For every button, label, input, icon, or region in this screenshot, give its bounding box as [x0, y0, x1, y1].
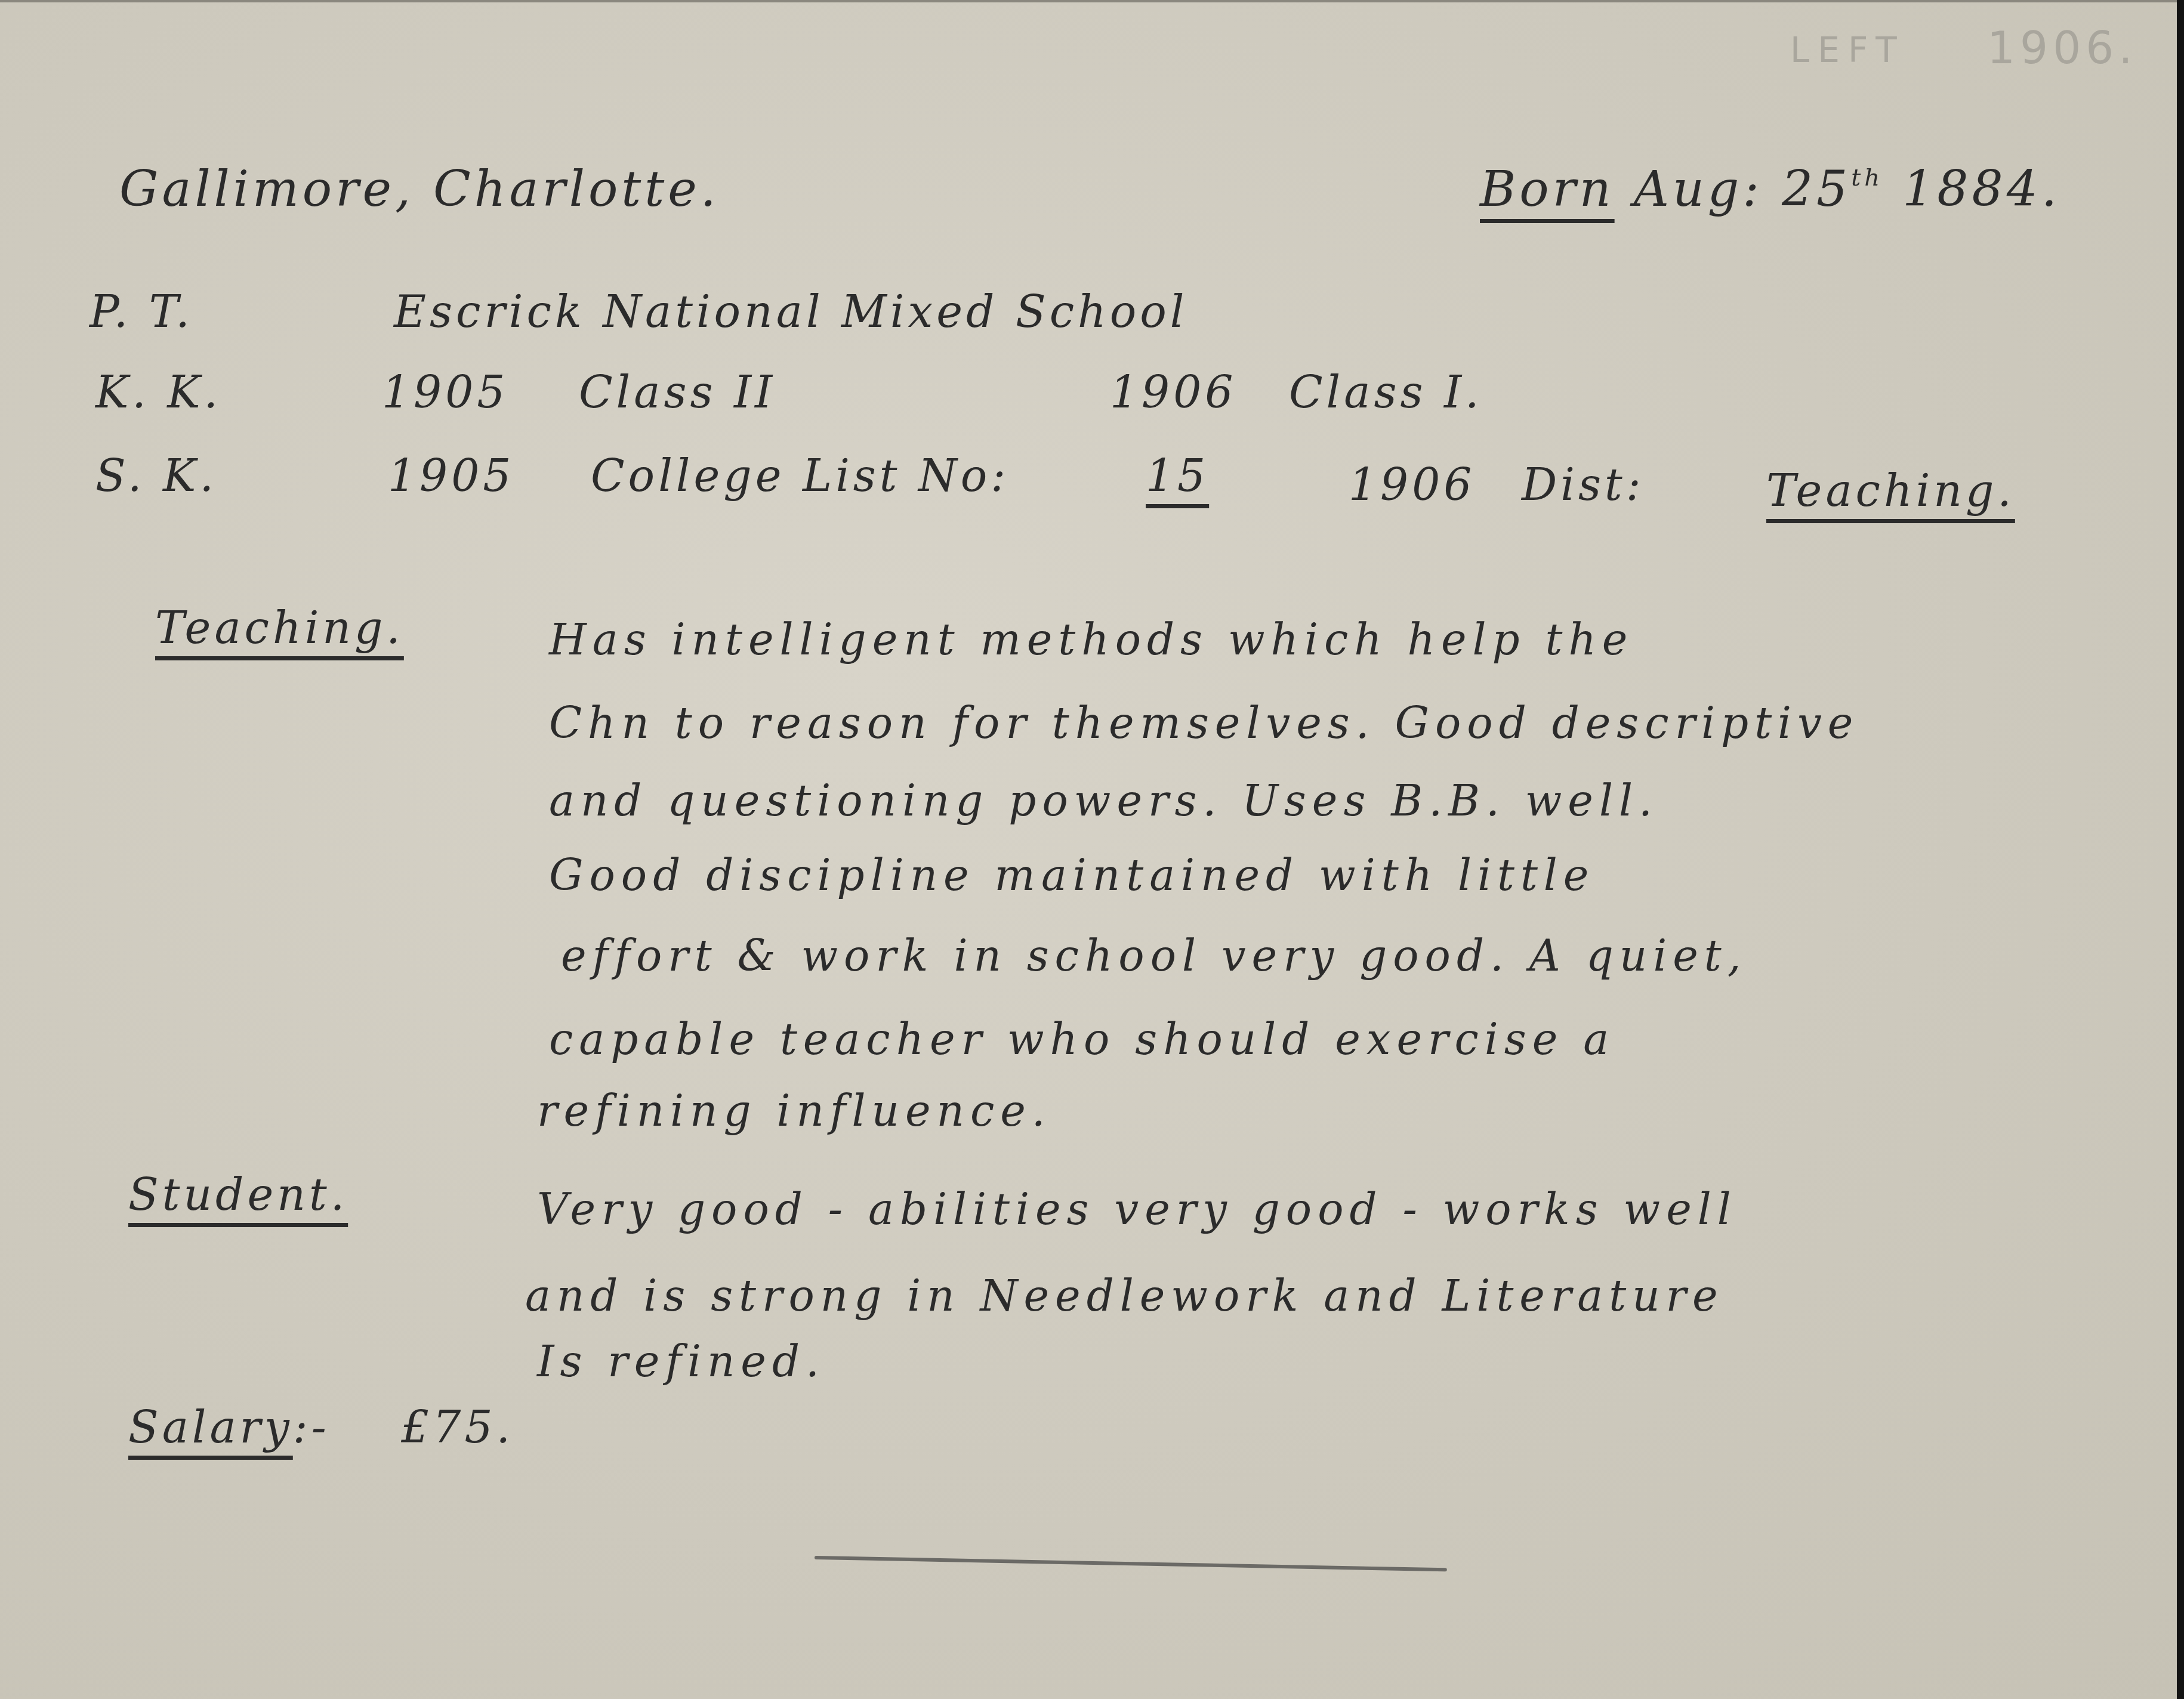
kk-year-1906: 1906 — [1110, 367, 1236, 418]
sk-dist-label: Dist: — [1522, 459, 1645, 511]
kk-class-1905: Class II — [579, 367, 776, 418]
pencil-left-year: 1906. — [1987, 23, 2137, 74]
born-year: 1884. — [1902, 161, 2060, 218]
salary-value: £75. — [401, 1402, 514, 1453]
sk-year-1905: 1905 — [388, 450, 514, 502]
kk-class-1906: Class I. — [1289, 367, 1483, 418]
student-line: Is refined. — [537, 1336, 825, 1386]
pt-school: Escrick National Mixed School — [394, 286, 1188, 338]
sk-dist-subject: Teaching. — [1766, 465, 2015, 517]
record-code-kk: K. K. — [95, 367, 221, 418]
kk-year-1905: 1905 — [382, 367, 508, 418]
record-card: LEFT 1906. Gallimore, Charlotte. Born Au… — [0, 0, 2177, 1699]
teaching-line: Has intelligent methods which help the — [549, 614, 1633, 665]
pencil-left-note: LEFT — [1790, 30, 1905, 70]
teaching-line: Good discipline maintained with little — [549, 850, 1594, 900]
scan-edge-border — [2177, 0, 2184, 1699]
record-code-sk: S. K. — [95, 450, 217, 502]
born-date: Aug: 25 — [1634, 161, 1852, 218]
salary-separator: :- — [293, 1402, 330, 1453]
student-name: Gallimore, Charlotte. — [119, 161, 720, 218]
sk-year-1906: 1906 — [1349, 459, 1475, 511]
student-line: and is strong in Needlework and Literatu… — [525, 1271, 1724, 1321]
teaching-label: Teaching. — [155, 603, 404, 654]
record-code-pt: P. T. — [90, 286, 193, 338]
teaching-line: Chn to reason for themselves. Good descr… — [549, 698, 1859, 748]
born-label: Born — [1480, 161, 1615, 218]
teaching-line: effort & work in school very good. A qui… — [561, 931, 1747, 981]
student-label: Student. — [128, 1169, 348, 1221]
salary-line: Salary:- £75. — [128, 1402, 514, 1453]
born-line: Born Aug: 25th 1884. — [1480, 161, 2060, 218]
student-line: Very good - abilities very good - works … — [537, 1184, 1737, 1234]
teaching-line: and questioning powers. Uses B.B. well. — [549, 776, 1658, 826]
closing-rule-divider — [815, 1556, 1447, 1571]
teaching-line: refining influence. — [537, 1086, 1051, 1136]
sk-college-list-number: 15 — [1146, 450, 1209, 502]
top-border — [0, 0, 2177, 2]
salary-label: Salary — [128, 1402, 293, 1453]
sk-college-list-label: College List No: — [591, 450, 1009, 502]
teaching-line: capable teacher who should exercise a — [549, 1014, 1615, 1064]
born-date-suffix: th — [1851, 164, 1883, 191]
